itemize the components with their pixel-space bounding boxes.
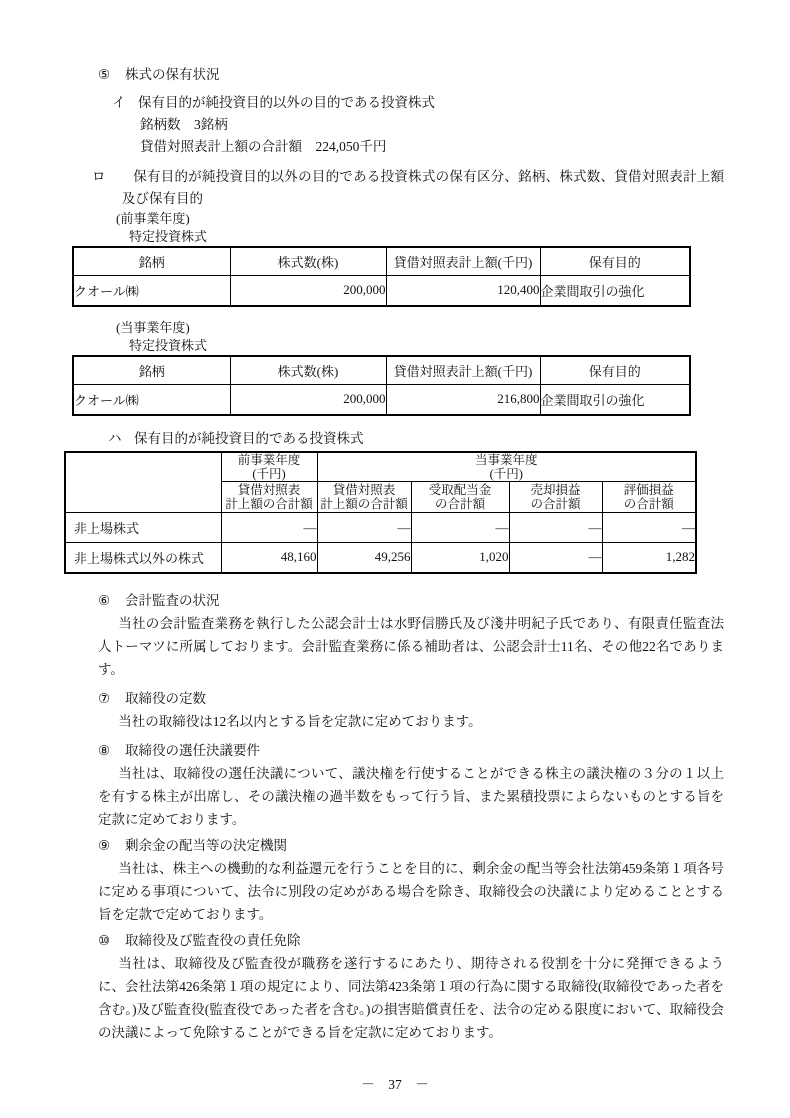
- subheader-dividends: 受取配当金 の合計額: [411, 482, 509, 513]
- section-heading: ⑨剰余金の配当等の決定機関: [98, 835, 724, 857]
- table-cell: ―: [509, 543, 602, 573]
- section-number: ⑥: [98, 590, 114, 612]
- table-cell: 49,256: [317, 543, 411, 573]
- section-heading: ⑥会計監査の状況: [98, 590, 724, 612]
- section-number: ⑨: [98, 835, 114, 857]
- table-cell: 1,282: [602, 543, 696, 573]
- specified-stock-label: 特定投資株式: [129, 337, 724, 355]
- section-audit-status: ⑥会計監査の状況 当社の会計監査業務を執行した公認会計士は水野信勝氏及び淺井明紀…: [98, 590, 724, 681]
- section-heading: ⑧取締役の選任決議要件: [98, 740, 724, 762]
- item-ha-marker: ハ: [108, 428, 134, 450]
- item-i: イ保有目的が純投資目的以外の目的である投資株式: [112, 92, 724, 114]
- document-page: ⑤株式の保有状況 イ保有目的が純投資目的以外の目的である投資株式 銘柄数 3銘柄…: [0, 0, 790, 1118]
- group-header-row: 前事業年度 (千円) 当事業年度 (千円): [65, 452, 696, 482]
- section-title: 会計監査の状況: [125, 593, 220, 608]
- row-label: 非上場株式: [65, 513, 221, 543]
- header-brand: 銘柄: [73, 247, 230, 275]
- table-cell: 1,020: [411, 543, 509, 573]
- group-header-prev-year: 前事業年度 (千円): [221, 452, 317, 482]
- table-cell: ―: [221, 513, 317, 543]
- prev-year-label: (前事業年度): [116, 210, 724, 228]
- section-number: ⑤: [98, 64, 114, 86]
- header-balance-amount: 貸借対照表計上額(千円): [386, 356, 540, 384]
- table-cell: ―: [317, 513, 411, 543]
- cell-balance-amount: 216,800: [386, 384, 540, 415]
- cell-brand: クオール㈱: [73, 384, 230, 415]
- item-ro-text: 保有目的が純投資目的以外の目的である投資株式の保有区分、銘柄、株式数、貸借対照表…: [122, 169, 724, 206]
- table-header-row: 銘柄 株式数(株) 貸借対照表計上額(千円) 保有目的: [73, 356, 690, 384]
- cell-share-count: 200,000: [230, 275, 386, 306]
- section-stock-holdings: ⑤株式の保有状況 イ保有目的が純投資目的以外の目的である投資株式 銘柄数 3銘柄…: [98, 64, 724, 574]
- balance-total-line: 貸借対照表計上額の合計額 224,050千円: [140, 136, 724, 158]
- header-share-count: 株式数(株): [230, 247, 386, 275]
- item-i-marker: イ: [112, 92, 138, 114]
- section-election-requirements: ⑧取締役の選任決議要件 当社は、取締役の選任決議について、議決権を行使することが…: [98, 740, 724, 831]
- section-title: 剰余金の配当等の決定機関: [125, 838, 287, 853]
- section-title: 取締役及び監査役の責任免除: [125, 933, 301, 948]
- item-ro: ロ保有目的が純投資目的以外の目的である投資株式の保有区分、銘柄、株式数、貸借対照…: [107, 166, 724, 210]
- section-title: 取締役の定数: [125, 691, 206, 706]
- specified-stock-table-prev: 銘柄 株式数(株) 貸借対照表計上額(千円) 保有目的 クオール㈱ 200,00…: [72, 246, 691, 307]
- header-share-count: 株式数(株): [230, 356, 386, 384]
- cell-brand: クオール㈱: [73, 275, 230, 306]
- specified-stock-label: 特定投資株式: [129, 228, 724, 246]
- item-ha: ハ保有目的が純投資目的である投資株式: [108, 428, 724, 450]
- page-number: － 37 －: [0, 1074, 790, 1096]
- table-cell: ―: [411, 513, 509, 543]
- header-holding-purpose: 保有目的: [540, 247, 690, 275]
- table-header-row: 銘柄 株式数(株) 貸借対照表計上額(千円) 保有目的: [73, 247, 690, 275]
- section-body: 当社は、株主への機動的な利益還元を行うことを目的に、剰余金の配当等会社法第459…: [98, 857, 724, 926]
- item-ha-text: 保有目的が純投資目的である投資株式: [134, 431, 364, 446]
- section-heading: ⑤株式の保有状況: [98, 64, 724, 86]
- section-number: ⑧: [98, 740, 114, 762]
- subheader-sale-gain-loss: 売却損益 の合計額: [509, 482, 602, 513]
- subheader-valuation-gain-loss: 評価損益 の合計額: [602, 482, 696, 513]
- section-directors-count: ⑦取締役の定数 当社の取締役は12名以内とする旨を定款に定めております。: [98, 688, 724, 733]
- header-brand: 銘柄: [73, 356, 230, 384]
- item-i-text: 保有目的が純投資目的以外の目的である投資株式: [138, 95, 435, 110]
- section-dividend-decision: ⑨剰余金の配当等の決定機関 当社は、株主への機動的な利益還元を行うことを目的に、…: [98, 835, 724, 926]
- table-cell: ―: [509, 513, 602, 543]
- table-row-unlisted: 非上場株式 ― ― ― ― ―: [65, 513, 696, 543]
- section-body: 当社の会計監査業務を執行した公認会計士は水野信勝氏及び淺井明紀子氏であり、有限責…: [98, 612, 724, 681]
- section-title: 取締役の選任決議要件: [125, 743, 260, 758]
- section-title: 株式の保有状況: [125, 67, 220, 82]
- subheader-balance-prev: 貸借対照表 計上額の合計額: [221, 482, 317, 513]
- header-holding-purpose: 保有目的: [540, 356, 690, 384]
- section-body: 当社は、取締役の選任決議について、議決権を行使することができる株主の議決権の３分…: [98, 762, 724, 831]
- brand-count-line: 銘柄数 3銘柄: [140, 114, 724, 136]
- curr-year-label: (当事業年度): [116, 319, 724, 337]
- section-number: ⑦: [98, 688, 114, 710]
- item-ro-marker: ロ: [107, 166, 133, 188]
- section-body: 当社は、取締役及び監査役が職務を遂行するにあたり、期待される役割を十分に発揮でき…: [98, 952, 724, 1044]
- group-header-curr-year: 当事業年度 (千円): [317, 452, 696, 482]
- section-heading: ⑦取締役の定数: [98, 688, 724, 710]
- cell-balance-amount: 120,400: [386, 275, 540, 306]
- cell-share-count: 200,000: [230, 384, 386, 415]
- pure-investment-table: 前事業年度 (千円) 当事業年度 (千円) 貸借対照表 計上額の合計額 貸借対照…: [64, 451, 697, 574]
- row-label: 非上場株式以外の株式: [65, 543, 221, 573]
- specified-stock-table-current: 銘柄 株式数(株) 貸借対照表計上額(千円) 保有目的 クオール㈱ 200,00…: [72, 355, 691, 416]
- section-body: 当社の取締役は12名以内とする旨を定款に定めております。: [98, 710, 724, 733]
- cell-holding-purpose: 企業間取引の強化: [540, 384, 690, 415]
- cell-holding-purpose: 企業間取引の強化: [540, 275, 690, 306]
- section-number: ⑩: [98, 930, 114, 952]
- section-liability-exemption: ⑩取締役及び監査役の責任免除 当社は、取締役及び監査役が職務を遂行するにあたり、…: [98, 930, 724, 1044]
- table-cell: ―: [602, 513, 696, 543]
- header-balance-amount: 貸借対照表計上額(千円): [386, 247, 540, 275]
- subheader-balance-curr: 貸借対照表 計上額の合計額: [317, 482, 411, 513]
- blank-corner-cell: [65, 452, 221, 513]
- table-cell: 48,160: [221, 543, 317, 573]
- section-heading: ⑩取締役及び監査役の責任免除: [98, 930, 724, 952]
- table-row: クオール㈱ 200,000 120,400 企業間取引の強化: [73, 275, 690, 306]
- table-row: クオール㈱ 200,000 216,800 企業間取引の強化: [73, 384, 690, 415]
- table-row-other-than-unlisted: 非上場株式以外の株式 48,160 49,256 1,020 ― 1,282: [65, 543, 696, 573]
